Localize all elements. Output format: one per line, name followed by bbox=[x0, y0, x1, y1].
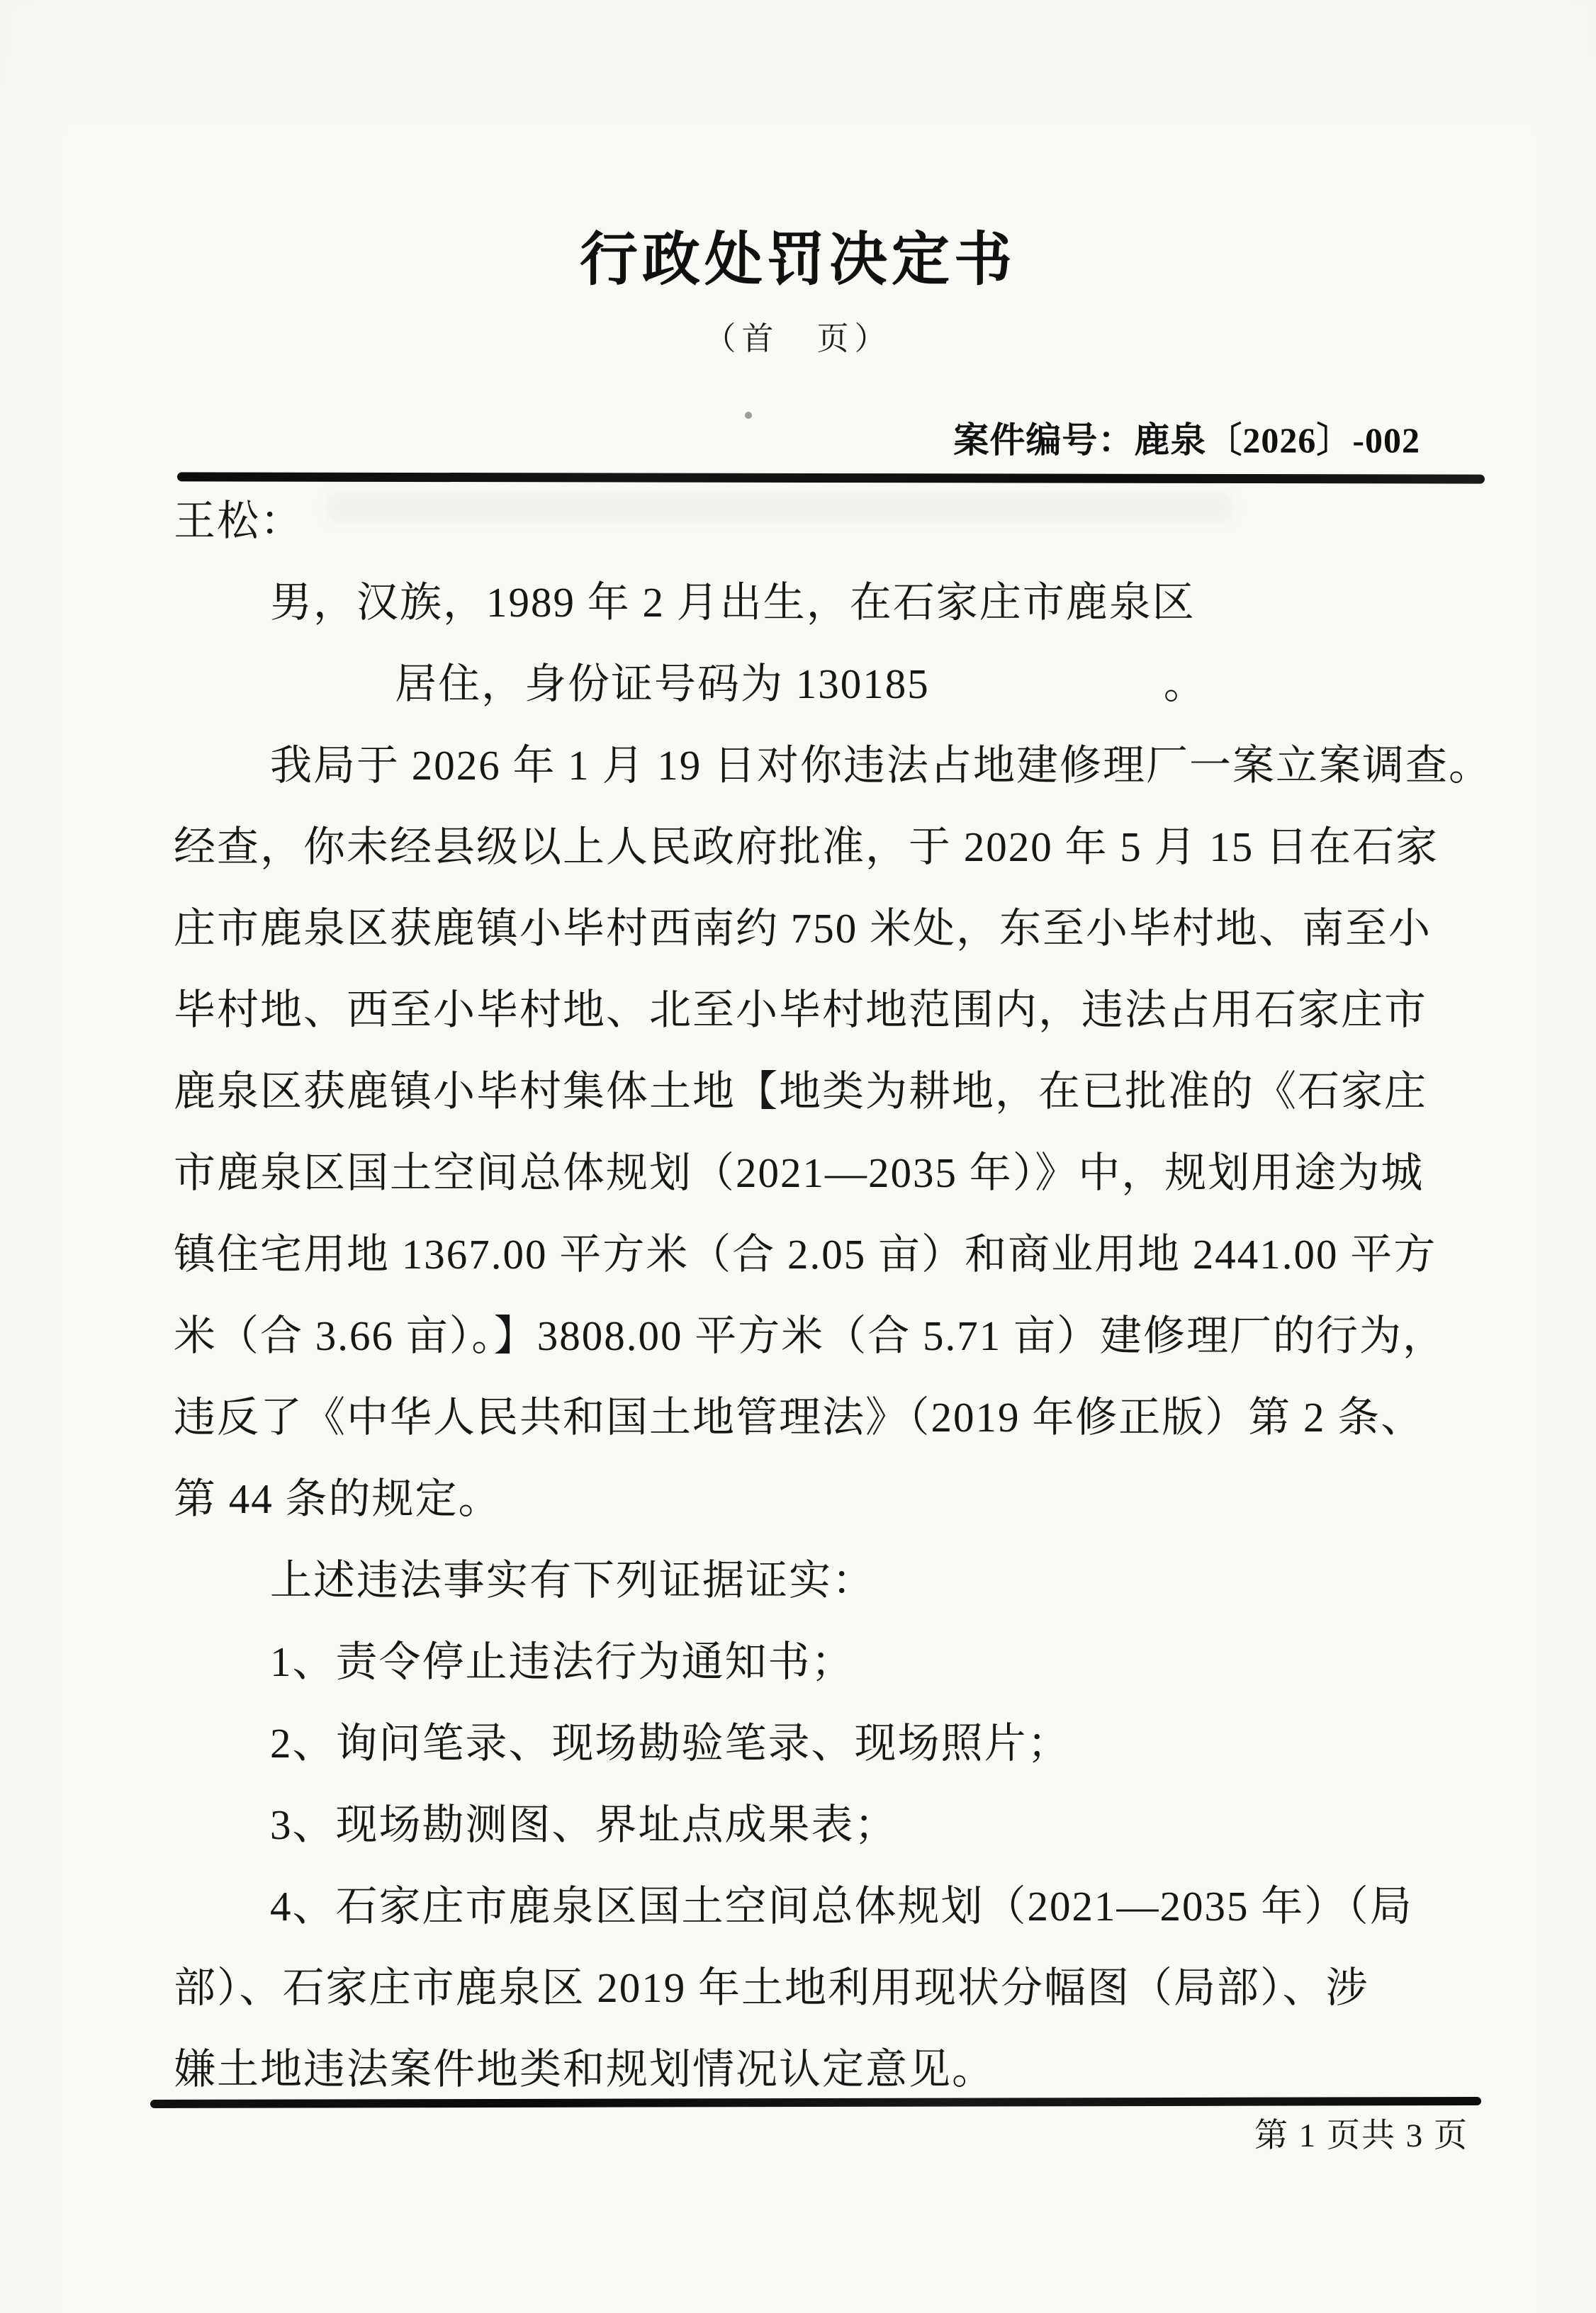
case-number: 案件编号：鹿泉〔2026〕-002 bbox=[953, 422, 1420, 458]
body-line-period: 。 bbox=[1164, 660, 1207, 707]
body-line: 经查，你未经县级以上人民政府批准，于 2020 年 5 月 15 日在石家 bbox=[174, 806, 1449, 888]
body-line: 第 44 条的规定。 bbox=[174, 1458, 1449, 1540]
body-line: 男，汉族，1989 年 2 月出生，在石家庄市鹿泉区 bbox=[174, 562, 1449, 643]
body-line-salutation: 王松： bbox=[174, 480, 1449, 562]
body-line-evidence-3: 3、现场勘测图、界址点成果表； bbox=[174, 1784, 1449, 1866]
scan-speck bbox=[745, 412, 752, 419]
body-line-text: 居住，身份证号码为 130185 bbox=[395, 660, 930, 707]
scanned-document-page: 行政处罚决定书 （首 页） 案件编号：鹿泉〔2026〕-002 王松： 男，汉族… bbox=[0, 0, 1596, 2313]
body-line: 违反了《中华人民共和国土地管理法》（2019 年修正版）第 2 条、 bbox=[174, 1377, 1449, 1458]
body-line: 市鹿泉区国土空间总体规划（2021—2035 年）》中，规划用途为城 bbox=[174, 1132, 1449, 1214]
body-line: 镇住宅用地 1367.00 平方米（合 2.05 亩）和商业用地 2441.00… bbox=[174, 1214, 1449, 1295]
body-line: 毕村地、西至小毕村地、北至小毕村地范围内，违法占用石家庄市 bbox=[174, 969, 1449, 1051]
body-line: 庄市鹿泉区获鹿镇小毕村西南约 750 米处，东至小毕村地、南至小 bbox=[174, 888, 1449, 969]
body-line-evidence-4: 4、石家庄市鹿泉区国土空间总体规划（2021—2035 年）（局 bbox=[174, 1866, 1449, 1947]
body-line-evidence-intro: 上述违法事实有下列证据证实： bbox=[174, 1540, 1449, 1621]
document-body: 王松： 男，汉族，1989 年 2 月出生，在石家庄市鹿泉区 居住，身份证号码为… bbox=[174, 480, 1449, 2110]
body-line: 鹿泉区获鹿镇小毕村集体土地【地类为耕地，在已批准的《石家庄 bbox=[174, 1051, 1449, 1132]
document-title: 行政处罚决定书 bbox=[0, 231, 1596, 289]
page-number: 第 1 页共 3 页 bbox=[1254, 2115, 1468, 2158]
body-line-evidence-2: 2、询问笔录、现场勘验笔录、现场照片； bbox=[174, 1703, 1449, 1784]
document-subtitle: （首 页） bbox=[0, 323, 1596, 355]
body-line-evidence-1: 1、责令停止违法行为通知书； bbox=[174, 1621, 1449, 1703]
body-line: 我局于 2026 年 1 月 19 日对你违法占地建修理厂一案立案调查。 bbox=[174, 725, 1449, 806]
body-line: 部）、石家庄市鹿泉区 2019 年土地利用现状分幅图（局部）、涉 bbox=[174, 1947, 1449, 2029]
body-line: 米（合 3.66 亩）。】3808.00 平方米（合 5.71 亩）建修理厂的行… bbox=[174, 1295, 1449, 1377]
body-line-id-redacted: 居住，身份证号码为 130185。 bbox=[174, 643, 1449, 725]
